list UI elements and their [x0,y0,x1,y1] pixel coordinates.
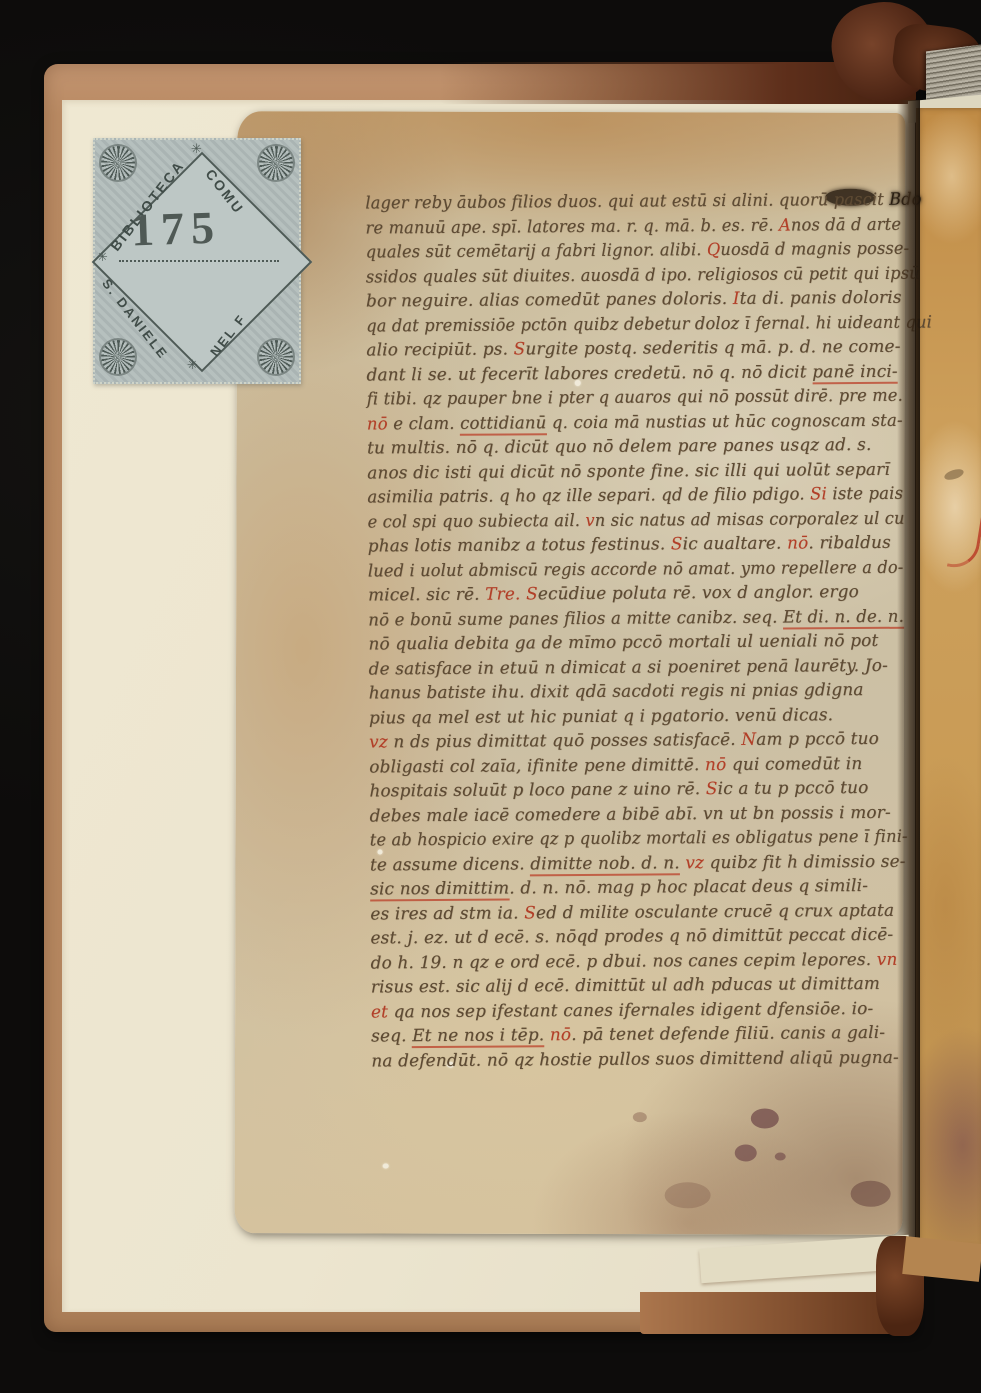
manuscript-word: e clam. [388,413,460,434]
manuscript-word: re manuū ape. spī. latores ma. r. q. mā.… [365,215,779,238]
manuscript-line: re manuū ape. spī. latores ma. r. q. mā.… [365,214,881,242]
manuscript-word: risus est. sic alij d ecē. dimittūt ul a… [371,974,880,998]
manuscript-word: asimilia patris. q ho qz ille separi. qd… [367,484,810,507]
manuscript-word: ecūdiue poluta rē. vox d anglor. ergo [538,582,859,604]
manuscript-word: tu multis. nō q. dicūt quo nō delem pare… [367,435,872,459]
manuscript-word: phas lotis manibz a totus festinus. [368,534,671,556]
manuscript-word: nos dā d arte [791,214,901,235]
facing-page-strip [916,108,981,1248]
manuscript-word: quibz fit h dimissio se- [704,851,906,872]
manuscript-word: nō e bonū sume panes filios a mitte cani… [368,607,783,630]
rubric-letter: S [514,339,526,359]
stamp-number: 175 [130,200,222,256]
stamp-corner-ornament [259,340,293,374]
manuscript-line: nō e bonū sume panes filios a mitte cani… [368,606,893,634]
manuscript-line: tu multis. nō q. dicūt quo nō delem pare… [367,435,903,463]
manuscript-word: te assume dicens. [370,854,530,875]
stain-spot [851,1181,891,1207]
manuscript-word: fi tibi. qz pauper bne i pter q auaros q… [367,386,903,410]
manuscript-line: phas lotis manibz a totus festinus. Sic … [368,533,904,561]
gutter-shadow [897,100,920,1268]
parchment-leaf: lager reby āubos filios duos. qui aut es… [235,111,906,1235]
manuscript-word: ed d milite osculante crucē q crux aptat… [536,900,894,923]
stamp-corner-ornament [259,146,293,180]
manuscript-word: ic aualtare. [683,534,788,555]
manuscript-line: et qa nos sep ifestant canes ifernales i… [371,998,907,1026]
rubricated-phrase: Et di. n. de. n. [783,606,904,629]
library-stamp: ✳ ✳ ✳ BIBLIOTECA COMU S. DANIELE NEL F 1… [93,138,301,384]
manuscript-word: q. coia mā nustias ut hūc cognoscam sta- [546,410,902,432]
manuscript-word: . ribaldus [808,533,891,554]
manuscript-word: iste pais [827,484,903,505]
manuscript-word: ic a tu p pccō tuo [718,778,869,799]
manuscript-line: fi tibi. qz pauper bne i pter q auaros q… [367,386,883,414]
stain-spot [775,1153,786,1161]
rubric-letter: S [524,903,536,923]
manuscript-line: hanus batiste ihu. dixit qdā sacdoti reg… [369,680,905,708]
bottom-leather-edge [640,1292,916,1334]
rubricated-phrase: dimitte nob. d. n. [530,853,680,876]
manuscript-line: bor neguire. alias comedūt panes doloris… [366,288,901,316]
manuscript-line: na defendūt. nō qz hostie pullos suos di… [371,1047,907,1075]
manuscript-line: est. j. ez. ut d ecē. s. nōqd prodes q n… [370,925,906,953]
manuscript-word: hospitais soluūt p loco pane z uino rē. [369,779,706,801]
manuscript-line: lued i uolut abmiscū regis accorde nō am… [368,557,883,585]
stamp-star-icon: ✳ [97,250,108,265]
manuscript-word: micel. sic rē. [368,585,485,606]
rubric-letter: N [741,730,756,750]
manuscript-word: . d. n. nō. mag p hoc placat deus q simi… [509,876,868,899]
manuscript-word: quales sūt cemētarij a fabri lignor. ali… [366,240,707,262]
rubricated-phrase: panē inci- [812,361,898,384]
manuscript-line: obligasti col zaīa, ifinite pene dimittē… [369,753,905,781]
manuscript-word: lued i uolut abmiscū regis accorde nō am… [368,557,904,581]
manuscript-word: de satisface in etuū n dimicat a si poen… [369,655,888,679]
rubric-letter: v [585,510,594,530]
manuscript-line: asimilia patris. q ho qz ille separi. qd… [367,484,890,512]
stamp-corner-ornament [101,340,135,374]
manuscript-line: quales sūt cemētarij a fabri lignor. ali… [366,239,881,267]
manuscript-line: ssidos quales sūt diuites. auosdā d ipo.… [366,263,881,291]
rubric-letter: vn [877,949,898,969]
rubric-letter: vz [369,732,388,752]
manuscript-word: ta di. panis doloris [740,288,902,309]
manuscript-word: na defendūt. nō qz hostie pullos suos di… [371,1047,899,1071]
rubric-letter: A [779,215,791,235]
rubric-letter: S [526,584,538,604]
stamp-dotted-line [119,260,279,262]
rubric-letter: nō [550,1025,571,1045]
facing-page-bottom-edge [902,1236,981,1282]
manuscript-word: lager reby āubos filios duos. qui aut es… [365,190,889,214]
manuscript-word: n sic natus ad misas corporalez ul cu [595,508,905,530]
stain-spot [633,1112,647,1122]
manuscript-line: hospitais soluūt p loco pane z uino rē. … [369,778,905,806]
stamp-corner-ornament [101,146,135,180]
manuscript-word: bor neguire. alias comedūt panes doloris… [366,289,733,312]
rubricated-phrase: sic nos dimittim [370,878,509,901]
stain-spot [751,1108,779,1128]
rubric-letter: nō [705,754,726,774]
manuscript-word: pius qa mel est ut hic puniat q i pgator… [369,705,833,728]
manuscript-line: risus est. sic alij d ecē. dimittūt ul a… [371,974,907,1002]
manuscript-word: debes male iacē comedere a bibē abī. vn … [370,802,891,826]
manuscript-line: qa dat premissiōe pctōn quibz debetur do… [366,312,881,340]
rubric-letter: S [706,779,718,799]
manuscript-line: de satisface in etuū n dimicat a si poen… [369,655,905,683]
manuscript-word: nō qualia debita ga de mīmo pccō mortali… [368,631,878,655]
manuscript-word: seq. [371,1026,412,1046]
manuscript-line: lager reby āubos filios duos. qui aut es… [365,190,880,218]
photo-background: ✳ ✳ ✳ BIBLIOTECA COMU S. DANIELE NEL F 1… [0,0,981,1393]
rubric-letter: Si [810,484,827,504]
manuscript-line: te assume dicens. dimitte nob. d. n. vz … [370,851,905,879]
manuscript-word: es ires ad stm ia. [370,903,524,924]
stain-spot [665,1182,711,1208]
manuscript-line: alio recipiūt. ps. Surgite postq. sederi… [366,337,902,365]
rubric-letter: nō [367,414,388,434]
manuscript-text-block: lager reby āubos filios duos. qui aut es… [365,190,913,1076]
manuscript-line: seq. Et ne nos i tēp. nō. pā tenet defen… [371,1023,907,1051]
stamp-diamond [92,152,313,373]
manuscript-word: qa nos sep ifestant canes ifernales idig… [388,998,873,1021]
manuscript-word: e col spi quo subiecta ail. [367,510,585,532]
manuscript-word: hanus batiste ihu. dixit qdā sacdoti reg… [369,680,864,703]
manuscript-line: anos dic isti qui dicūt nō sponte fine. … [367,459,903,487]
stamp-star-icon: ✳ [187,358,198,373]
manuscript-word: est. j. ez. ut d ecē. s. nōqd prodes q n… [370,925,893,949]
manuscript-line: debes male iacē comedere a bibē abī. vn … [370,802,906,830]
rubric-letter: et [371,1002,388,1022]
rubricated-phrase: Et ne nos i tēp. [412,1025,544,1048]
manuscript-word: te ab hospicio exire qz p quolibz mortal… [370,827,908,851]
manuscript-line: micel. sic rē. Tre. Secūdiue poluta rē. … [368,582,904,610]
rubric-letter: nō [787,533,808,553]
manuscript-word: do h. 19. n qz e ord ecē. p dbui. nos ca… [371,949,877,973]
manuscript-word: alio recipiūt. ps. [366,339,513,360]
manuscript-word: uosdā d magnis posse- [720,239,909,260]
rubric-letter: S [671,534,683,554]
manuscript-line: e col spi quo subiecta ail. vn sic natus… [367,508,882,536]
stamp-star-icon: ✳ [191,142,202,157]
rubric-letter: Q [707,240,721,260]
stain-spot [735,1144,757,1161]
manuscript-word: ssidos quales sūt diuites. auosdā d ipo.… [366,263,920,287]
manuscript-line: es ires ad stm ia. Sed d milite osculant… [370,900,906,928]
manuscript-line: sic nos dimittim. d. n. nō. mag p hoc pl… [370,876,906,904]
manuscript-word: anos dic isti qui dicūt nō sponte fine. … [367,459,890,483]
manuscript-line: nō e clam. cottidianū q. coia mā nustias… [367,410,892,438]
manuscript-word: n ds pius dimittat quō posses satisfacē. [388,730,742,752]
manuscript-line: pius qa mel est ut hic puniat q i pgator… [369,704,905,732]
rubric-letter: vz [685,853,704,873]
rubricated-phrase: cottidianū [460,413,547,436]
manuscript-word: . pā tenet defende filiū. canis a gali- [571,1023,885,1045]
manuscript-line: do h. 19. n qz e ord ecē. p dbui. nos ca… [371,949,907,977]
manuscript-word: qui comedūt in [726,754,862,775]
parchment-hole [383,1164,389,1169]
manuscript-line: te ab hospicio exire qz p quolibz mortal… [370,827,885,855]
manuscript-line: nō qualia debita ga de mīmo pccō mortali… [368,631,904,659]
manuscript-word: am p pccō tuo [756,729,879,750]
manuscript-line: dant li se. ut fecerīt labores credetū. … [366,361,902,389]
manuscript-word: qa dat premissiōe pctōn quibz debetur do… [366,312,932,336]
manuscript-word: dant li se. ut fecerīt labores credetū. … [366,362,812,385]
manuscript-line: vz n ds pius dimittat quō posses satisfa… [369,729,905,757]
manuscript-word: urgite postq. sederitis q mā. p. d. ne c… [525,337,900,360]
manuscript-word: obligasti col zaīa, ifinite pene dimittē… [369,755,705,777]
rubric-letter: Tre. [485,584,520,604]
